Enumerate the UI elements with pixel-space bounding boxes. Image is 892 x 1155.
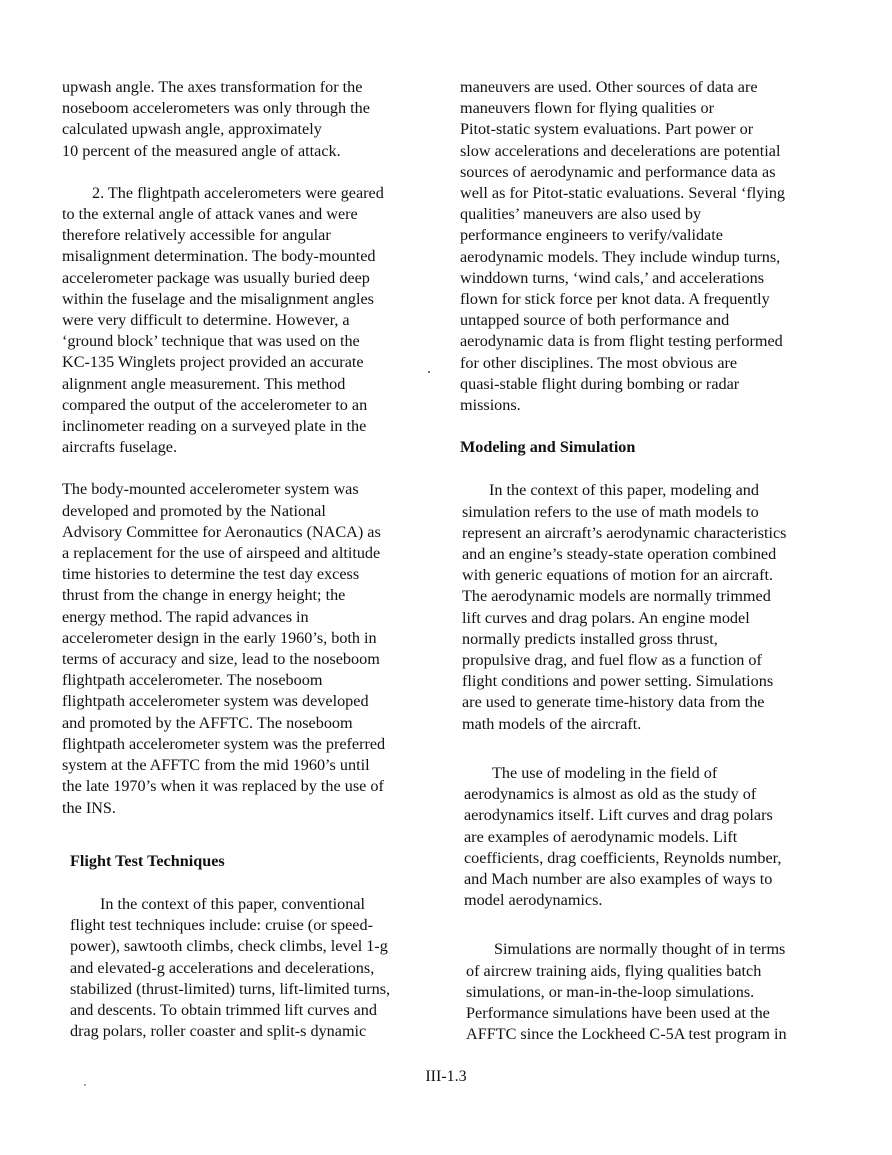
paragraph-simulations: Simulations are normally thought of in t…: [460, 939, 840, 1045]
text-line: developed and promoted by the National: [62, 501, 442, 522]
text-line: The use of modeling in the field of: [464, 763, 840, 784]
left-column: upwash angle. The axes transformation fo…: [62, 77, 442, 1063]
scan-speck: [428, 371, 430, 373]
text-line: KC-135 Winglets project provided an accu…: [62, 352, 442, 373]
text-line: power), sawtooth climbs, check climbs, l…: [70, 936, 442, 957]
text-line: terms of accuracy and size, lead to the …: [62, 649, 442, 670]
text-line: In the context of this paper, convention…: [70, 894, 442, 915]
text-line: The body-mounted accelerometer system wa…: [62, 479, 442, 500]
page-number: III-1.3: [0, 1068, 892, 1086]
text-line: aerodynamics itself. Lift curves and dra…: [464, 805, 840, 826]
text-line: and promoted by the AFFTC. The noseboom: [62, 713, 442, 734]
text-line: sources of aerodynamic and performance d…: [460, 162, 840, 183]
text-line: simulations, or man-in-the-loop simulati…: [466, 982, 840, 1003]
text-line: flightpath accelerometer system was deve…: [62, 691, 442, 712]
text-line: math models of the aircraft.: [462, 714, 840, 735]
paragraph-modeling-history: The use of modeling in the field of aero…: [460, 763, 840, 911]
text-line: AFFTC since the Lockheed C-5A test progr…: [466, 1024, 840, 1045]
text-line: quasi-stable flight during bombing or ra…: [460, 374, 840, 395]
text-line: maneuvers are used. Other sources of dat…: [460, 77, 840, 98]
text-line: thrust from the change in energy height;…: [62, 585, 442, 606]
text-line: Performance simulations have been used a…: [466, 1003, 840, 1024]
text-line: and descents. To obtain trimmed lift cur…: [70, 1000, 442, 1021]
text-line: 2. The flightpath accelerometers were ge…: [62, 183, 442, 204]
text-line: normally predicts installed gross thrust…: [462, 629, 840, 650]
text-line: performance engineers to verify/validate: [460, 225, 840, 246]
text-line: the late 1970’s when it was replaced by …: [62, 776, 442, 797]
text-line: model aerodynamics.: [464, 890, 840, 911]
text-line: the INS.: [62, 798, 442, 819]
right-column: maneuvers are used. Other sources of dat…: [460, 77, 840, 1066]
text-line: were very difficult to determine. Howeve…: [62, 310, 442, 331]
text-line: flown for stick force per knot data. A f…: [460, 289, 840, 310]
text-line: inclinometer reading on a surveyed plate…: [62, 416, 442, 437]
text-line: Pitot-static system evaluations. Part po…: [460, 119, 840, 140]
text-line: of aircrew training aids, flying qualiti…: [466, 961, 840, 982]
text-line: alignment angle measurement. This method: [62, 374, 442, 395]
text-line: within the fuselage and the misalignment…: [62, 289, 442, 310]
text-line: misalignment determination. The body-mou…: [62, 246, 442, 267]
text-line: The aerodynamic models are normally trim…: [462, 586, 840, 607]
text-line: drag polars, roller coaster and split-s …: [70, 1021, 442, 1042]
paragraph-item-2: 2. The flightpath accelerometers were ge…: [62, 183, 442, 459]
text-line: maneuvers flown for flying qualities or: [460, 98, 840, 119]
text-line: calculated upwash angle, approximately: [62, 119, 442, 140]
paragraph-modeling-definition: In the context of this paper, modeling a…: [460, 480, 840, 734]
text-line: coefficients, drag coefficients, Reynold…: [464, 848, 840, 869]
text-line: energy method. The rapid advances in: [62, 607, 442, 628]
text-line: flightpath accelerometer. The noseboom: [62, 670, 442, 691]
section-heading-flight-test-techniques: Flight Test Techniques: [62, 851, 442, 872]
text-line: compared the output of the accelerometer…: [62, 395, 442, 416]
text-line: slow accelerations and decelerations are…: [460, 141, 840, 162]
text-line: are used to generate time-history data f…: [462, 692, 840, 713]
text-line: a replacement for the use of airspeed an…: [62, 543, 442, 564]
text-line: time histories to determine the test day…: [62, 564, 442, 585]
text-line: to the external angle of attack vanes an…: [62, 204, 442, 225]
text-line: represent an aircraft’s aerodynamic char…: [462, 523, 840, 544]
text-line: noseboom accelerometers was only through…: [62, 98, 442, 119]
paragraph-body-mounted-accelerometer: The body-mounted accelerometer system wa…: [62, 479, 442, 818]
text-line: therefore relatively accessible for angu…: [62, 225, 442, 246]
section-heading-modeling-and-simulation: Modeling and Simulation: [460, 437, 840, 458]
paragraph-other-sources: maneuvers are used. Other sources of dat…: [460, 77, 840, 416]
text-line: stabilized (thrust-limited) turns, lift-…: [70, 979, 442, 1000]
text-line: for other disciplines. The most obvious …: [460, 353, 840, 374]
text-line: flight conditions and power setting. Sim…: [462, 671, 840, 692]
text-line: with generic equations of motion for an …: [462, 565, 840, 586]
text-line: and Mach number are also examples of way…: [464, 869, 840, 890]
text-line: and an engine’s steady-state operation c…: [462, 544, 840, 565]
text-line: In the context of this paper, modeling a…: [462, 480, 840, 501]
text-line: Simulations are normally thought of in t…: [466, 939, 840, 960]
text-line: winddown turns, ‘wind cals,’ and acceler…: [460, 268, 840, 289]
paragraph-upwash: upwash angle. The axes transformation fo…: [62, 77, 442, 162]
text-line: accelerometer design in the early 1960’s…: [62, 628, 442, 649]
text-line: aerodynamics is almost as old as the stu…: [464, 784, 840, 805]
text-line: aerodynamic models. They include windup …: [460, 247, 840, 268]
text-line: aerodynamic data is from flight testing …: [460, 331, 840, 352]
paragraph-flight-test-techniques: In the context of this paper, convention…: [62, 894, 442, 1042]
text-line: 10 percent of the measured angle of atta…: [62, 141, 442, 162]
text-line: accelerometer package was usually buried…: [62, 268, 442, 289]
text-line: are examples of aerodynamic models. Lift: [464, 827, 840, 848]
text-line: system at the AFFTC from the mid 1960’s …: [62, 755, 442, 776]
text-line: untapped source of both performance and: [460, 310, 840, 331]
text-line: and elevated-g accelerations and deceler…: [70, 958, 442, 979]
text-line: missions.: [460, 395, 840, 416]
text-line: lift curves and drag polars. An engine m…: [462, 608, 840, 629]
text-line: Advisory Committee for Aeronautics (NACA…: [62, 522, 442, 543]
text-line: aircrafts fuselage.: [62, 437, 442, 458]
text-line: qualities’ maneuvers are also used by: [460, 204, 840, 225]
document-page: upwash angle. The axes transformation fo…: [0, 0, 892, 1155]
text-line: upwash angle. The axes transformation fo…: [62, 77, 442, 98]
text-line: ‘ground block’ technique that was used o…: [62, 331, 442, 352]
text-line: propulsive drag, and fuel flow as a func…: [462, 650, 840, 671]
text-line: simulation refers to the use of math mod…: [462, 502, 840, 523]
text-line: flight test techniques include: cruise (…: [70, 915, 442, 936]
text-line: well as for Pitot-static evaluations. Se…: [460, 183, 840, 204]
text-line: flightpath accelerometer system was the …: [62, 734, 442, 755]
